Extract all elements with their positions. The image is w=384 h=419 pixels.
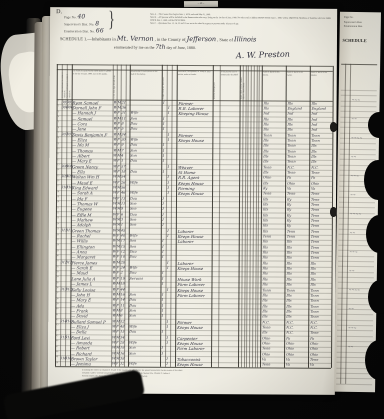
next-table-top-rule — [341, 64, 377, 66]
cell-occupation: Farmer — [178, 133, 193, 138]
line-number: 10 — [56, 148, 60, 150]
cell-birthplace: Ky — [263, 186, 268, 190]
cell-age: 11 — [120, 202, 125, 206]
line-number: 16 — [56, 180, 60, 182]
next-page-entry: ~~ — [349, 231, 355, 235]
cell-relationship: Son — [130, 116, 137, 120]
cell-birthplace: Ills — [263, 101, 269, 105]
line-number: 12 — [56, 159, 60, 161]
next-row-line — [341, 90, 377, 92]
next-page-entry: ~~ — [348, 307, 354, 311]
cell-birthplace: Ills — [262, 331, 268, 335]
cell-relationship: Son — [130, 148, 137, 152]
cell-father-birthplace: Ind — [287, 112, 293, 116]
cell-age: 30 — [121, 138, 126, 142]
cell-name: — James L — [71, 281, 92, 286]
cell-sex: F — [117, 180, 120, 184]
line-number: 38 — [55, 298, 59, 300]
next-row-line — [341, 95, 377, 97]
cell-single-mark: 1 — [161, 330, 164, 334]
cell-father-birthplace: Ky — [287, 224, 292, 228]
cell-age: 4 — [121, 154, 124, 158]
cell-age: 8 — [120, 308, 123, 312]
line-number: 13 — [56, 164, 60, 166]
cell-birthplace: Ills — [262, 293, 268, 297]
cell-birthplace: Ills — [262, 272, 268, 276]
census-table: Dwellings numbered in order of visitatio… — [50, 7, 337, 9]
line-number: 47 — [55, 346, 59, 348]
line-number: 37 — [55, 292, 59, 294]
cell-occupation: Farm Laborer — [177, 293, 205, 298]
cell-sex: F — [117, 121, 120, 125]
birthplace-header: Place of Birth of this person. — [263, 71, 285, 99]
next-row-line — [337, 319, 373, 321]
cell-sex: F — [116, 266, 119, 270]
cell-name: Ryan Samuel — [72, 100, 98, 105]
cell-relationship: Dau — [130, 170, 137, 174]
line-number: 28 — [56, 244, 60, 246]
cell-birthplace: Ills — [263, 197, 269, 201]
next-row-line — [339, 202, 375, 204]
census-scan: ~ 40 ~ D. Page No. 40 Supervisor's Dist.… — [0, 0, 384, 419]
cell-name: — Samuel — [72, 116, 92, 121]
next-row-line — [338, 255, 374, 257]
cell-mother-birthplace: Ind — [311, 123, 317, 127]
cell-age: 38 — [119, 356, 124, 360]
supervisor-value: 8 — [95, 20, 99, 27]
cell-father-birthplace: Ky — [287, 203, 292, 207]
day-handwritten: 7th — [155, 44, 165, 51]
cell-birthplace: Ills — [263, 219, 269, 223]
cell-occupation: Keeps House — [177, 266, 203, 271]
cell-mother-birthplace: Ind — [311, 117, 317, 121]
cell-father-birthplace: Tenn — [287, 160, 296, 164]
cell-birthplace: Ills — [263, 154, 269, 158]
cell-mother-birthplace: Ind — [311, 128, 317, 132]
note-c: Note C.—Questions Nos. 13, 14, 22 and 23… — [150, 23, 332, 27]
cell-age: 19 — [120, 276, 125, 280]
cell-birthplace: Ills — [263, 213, 269, 217]
cell-father-birthplace: Ills — [286, 293, 292, 297]
cell-name: — Sarah A — [72, 191, 93, 196]
line-number: 17 — [56, 186, 60, 188]
cell-mother-birthplace: Ills — [310, 272, 316, 276]
cell-age: 5 — [121, 127, 124, 131]
cell-married-mark: 1 — [166, 335, 169, 339]
line-number: 20 — [56, 202, 60, 204]
cell-mother-birthplace: Tenn — [310, 358, 319, 362]
cell-mother-birthplace: England — [311, 107, 326, 111]
next-row-line — [336, 383, 372, 385]
line-number: 50 — [55, 362, 59, 364]
cell-mother-birthplace: Ills — [310, 278, 316, 282]
cell-relationship: Dau — [129, 298, 136, 302]
cell-father-birthplace: Tenn — [287, 149, 296, 153]
next-row-line — [336, 378, 372, 380]
line-number: 3 — [57, 111, 61, 113]
cell-relationship: Wife — [129, 266, 137, 270]
cell-age: 3 — [120, 218, 123, 222]
township-handwritten: Mt. Vernon — [117, 35, 154, 43]
cell-single-mark: 1 — [162, 239, 165, 243]
cell-birthplace: Ind — [263, 112, 269, 116]
cell-age: 26 — [120, 180, 125, 184]
cell-relationship: Dau — [130, 212, 137, 216]
cell-mother-birthplace: Tenn — [310, 315, 319, 319]
line-number: 46 — [55, 340, 59, 342]
cell-father-birthplace: Ills — [287, 123, 293, 127]
cell-father-birthplace: Ills — [287, 128, 293, 132]
cell-married-mark: 1 — [167, 234, 170, 238]
cell-father-birthplace: N.C. — [287, 165, 295, 169]
cell-relationship: Wife — [130, 180, 138, 184]
cell-mother-birthplace: Ohio — [311, 181, 320, 185]
cell-age: 44 — [120, 287, 125, 291]
cell-birthplace: Ills — [262, 283, 268, 287]
cell-birthplace: Tenn — [263, 192, 272, 196]
cell-single-mark: 1 — [161, 271, 164, 275]
cell-relationship: Wife — [130, 138, 138, 142]
cell-married-mark: 1 — [167, 165, 170, 169]
next-row-line — [337, 341, 373, 343]
cell-single-mark: 1 — [161, 303, 164, 307]
cell-age: 1 — [120, 223, 123, 227]
cell-sex: F — [116, 330, 119, 334]
corner-mark: D. — [56, 9, 62, 15]
cell-sex: F — [116, 255, 119, 259]
cell-occupation: R.R. Agent — [177, 175, 199, 180]
cell-relationship: Son — [129, 244, 136, 248]
schedule-label: SCHEDULE 1.—Inhabitants in — [60, 36, 116, 41]
cell-single-mark: 1 — [162, 148, 165, 152]
cell-relationship: Dau — [129, 250, 136, 254]
cell-age: 24 — [120, 266, 125, 270]
cell-occupation: Carpenter — [176, 335, 197, 340]
cell-single-mark: 1 — [162, 170, 165, 174]
cell-father-birthplace: Ills — [286, 256, 292, 260]
cell-sex: F — [116, 287, 119, 291]
cell-father-birthplace: Ohio — [287, 181, 296, 185]
cell-age: 13 — [120, 196, 125, 200]
cell-birthplace: N.C. — [262, 320, 270, 324]
cell-name: — Eugene — [72, 207, 93, 212]
cell-age: 14 — [120, 298, 125, 302]
cell-relationship: Dau — [130, 196, 137, 200]
cell-single-mark: 1 — [162, 197, 165, 201]
next-page-entry: ~~ — [351, 155, 357, 159]
page-no-label: Page No. — [64, 15, 77, 19]
cell-single-mark: 1 — [161, 314, 164, 318]
cell-relationship: Dau — [130, 127, 137, 131]
cell-father-birthplace: Ills — [286, 315, 292, 319]
relationship-header: Relationship of each person to the head … — [130, 71, 161, 99]
next-row-line — [338, 277, 374, 279]
cell-father-birthplace: Ills — [286, 304, 292, 308]
cell-age: 18 — [120, 170, 125, 174]
cell-father-birthplace: Tenn — [287, 192, 296, 196]
cell-mother-birthplace: Tenn — [311, 203, 320, 207]
cell-mother-birthplace: Ills — [311, 155, 317, 159]
cell-married-mark: 1 — [167, 175, 170, 179]
cell-relationship: Son — [129, 314, 136, 318]
cell-single-mark: 1 — [162, 143, 165, 147]
cell-sex: F — [117, 138, 120, 142]
health-education-header: Blind. Deaf. Idiotic. Insane. School. Re… — [240, 71, 261, 99]
county-label: , in the County of — [155, 37, 186, 42]
line-number: 30 — [56, 255, 60, 257]
line-number: 5 — [56, 122, 60, 124]
cell-father-birthplace: Ills — [286, 261, 292, 265]
cell-birthplace: Ills — [262, 245, 268, 249]
cell-relationship: Dau — [130, 159, 137, 163]
cell-married-mark: 1 — [166, 287, 169, 291]
cell-age: 2 — [120, 271, 123, 275]
cell-mother-birthplace: Va — [310, 363, 315, 367]
cell-mother-birthplace: Tenn — [311, 192, 320, 196]
cell-single-mark: 1 — [161, 250, 164, 254]
cell-single-mark: 1 — [161, 255, 164, 259]
cell-single-mark: 1 — [162, 159, 165, 163]
cell-single-mark: 1 — [162, 223, 165, 227]
cell-mother-birthplace: Tenn — [310, 288, 319, 292]
cell-mother-birthplace: Ills — [310, 267, 316, 271]
cell-birthplace: Tenn — [262, 325, 271, 329]
line-number: 48 — [55, 351, 59, 353]
cell-mother-birthplace: Tenn — [310, 304, 319, 308]
top-page-sliver: ~ 40 ~ — [184, 1, 218, 7]
father-birthplace-header: Place of Birth of the Father. — [287, 72, 309, 100]
cell-single-mark: 1 — [161, 351, 164, 355]
cell-mother-birthplace: Ohio — [310, 347, 319, 351]
cell-birthplace: Ills — [262, 299, 268, 303]
cell-father-birthplace: Tenn — [286, 288, 295, 292]
cell-married-mark: 1 — [167, 106, 170, 110]
cell-birthplace: Tenn — [263, 235, 272, 239]
cell-birthplace: Ills — [263, 128, 269, 132]
next-row-line — [340, 159, 376, 161]
cell-sex: F — [117, 191, 120, 195]
form-notes: Note A.—The Census Year begins June 1, 1… — [150, 14, 332, 28]
cell-age: 46 — [120, 191, 125, 195]
cell-single-mark: 1 — [161, 282, 164, 286]
cell-mother-birthplace: Ohio — [310, 342, 319, 346]
cell-age: 12 — [120, 250, 125, 254]
line-number: 26 — [56, 234, 60, 236]
cell-occupation: Keeping House — [178, 111, 208, 116]
line-number: 21 — [56, 207, 60, 209]
name-header: The Name of each Person whose place of a… — [72, 70, 112, 98]
cell-name: — Ada — [71, 303, 84, 308]
cell-sex: F — [117, 143, 120, 147]
cell-mother-birthplace: N.C. — [311, 165, 319, 169]
cell-birthplace: Ills — [263, 224, 269, 228]
cell-mother-birthplace: Tenn — [310, 245, 319, 249]
cell-mother-birthplace: Tenn — [310, 256, 319, 260]
cell-mother-birthplace: Tenn — [310, 331, 319, 335]
cell-birthplace: Ills — [262, 277, 268, 281]
census-page: D. Page No. 40 Supervisor's Dist. No. 8 … — [48, 7, 337, 395]
cell-married-mark: 1 — [167, 138, 170, 142]
cell-father-birthplace: Ills — [287, 117, 293, 121]
cell-birthplace: Ills — [263, 106, 269, 110]
cell-relationship: Dau — [129, 303, 136, 307]
cell-mother-birthplace: Va — [311, 187, 316, 191]
line-number: 4 — [57, 116, 61, 118]
cell-mother-birthplace: Pa — [311, 176, 316, 180]
cell-name: — Willis — [71, 239, 88, 244]
next-census-page: Page No. Supervisor's Dist. Enumeration … — [334, 12, 381, 393]
cell-sex: F — [116, 250, 119, 254]
cell-father-birthplace: Ills — [286, 299, 292, 303]
cell-married-mark: 1 — [166, 341, 169, 345]
cell-birthplace: Ills — [262, 304, 268, 308]
cell-birthplace: Ills — [263, 149, 269, 153]
personal-description-header: Color. Sex. Age. Month born. — [113, 71, 129, 99]
cell-age: 6 — [120, 212, 123, 216]
cell-age: 34 — [121, 132, 126, 136]
cell-relationship: Son — [130, 223, 137, 227]
cell-name: — Della — [71, 329, 87, 334]
cell-mother-birthplace: Tenn — [311, 235, 320, 239]
cell-age: 48 — [120, 324, 125, 328]
cell-single-mark: 1 — [161, 293, 164, 297]
cell-relationship: Son — [130, 207, 137, 211]
cell-sex: F — [116, 276, 119, 280]
cell-mother-birthplace: Ills — [311, 149, 317, 153]
cell-father-birthplace: Ohio — [286, 341, 295, 345]
cell-mother-birthplace: Tenn — [311, 219, 320, 223]
cell-age: 28 — [120, 260, 125, 264]
next-row-line — [338, 261, 374, 263]
cell-age: 52 — [120, 319, 125, 323]
line-number: 43 — [55, 324, 59, 326]
cell-sex: F — [116, 324, 119, 328]
cell-occupation: Laborer — [177, 239, 193, 244]
cell-married-mark: 1 — [166, 325, 169, 329]
cell-name: Bullard Samuel P — [71, 319, 106, 324]
cell-sex: F — [117, 111, 120, 115]
cell-name: — Richard — [71, 351, 92, 356]
next-page-entry: ~~ — [349, 269, 355, 273]
cell-birthplace: Ills — [263, 208, 269, 212]
cell-single-mark: 1 — [161, 346, 164, 350]
cell-mother-birthplace: Tenn — [311, 133, 320, 137]
cell-mother-birthplace: Tenn — [310, 251, 319, 255]
cell-mother-birthplace: Ills — [311, 101, 317, 105]
cell-birthplace: Ills — [263, 122, 269, 126]
cell-name: — Maud — [71, 271, 88, 276]
cell-birthplace: Ills — [263, 160, 269, 164]
cell-married-mark: 1 — [166, 266, 169, 270]
state-label: , State of — [217, 37, 233, 42]
cell-sex: F — [116, 234, 119, 238]
cell-name: — Ida M — [72, 143, 89, 148]
cell-married-mark: 1 — [166, 362, 169, 366]
cell-mother-birthplace: Ind — [311, 112, 317, 116]
cell-sex: F — [117, 159, 120, 163]
line-number: 29 — [56, 250, 60, 252]
cell-relationship: Son — [129, 308, 136, 312]
cell-occupation: Farmer — [178, 101, 193, 106]
cell-age: 15 — [119, 330, 124, 334]
line-number: 33 — [56, 271, 60, 273]
next-page-entry: ~~ — [351, 117, 357, 121]
cell-single-mark: 1 — [162, 218, 165, 222]
cell-mother-birthplace: N.C. — [310, 320, 318, 324]
cell-sex: F — [116, 212, 119, 216]
cell-age: 57 — [120, 164, 125, 168]
line-number: 18 — [56, 191, 60, 193]
line-number: 15 — [56, 175, 60, 177]
cell-name: Kelly Louisa — [71, 287, 96, 292]
cell-birthplace: Tenn — [262, 363, 271, 367]
cell-relationship: Son — [130, 202, 137, 206]
cell-age: 16 — [119, 351, 124, 355]
next-row-line — [338, 266, 374, 268]
cell-father-birthplace: Tenn — [287, 229, 296, 233]
line-number: 44 — [55, 330, 59, 332]
cell-married-mark: 1 — [167, 191, 170, 195]
line-number: 27 — [56, 239, 60, 241]
cell-birthplace: Ills — [263, 202, 269, 206]
cell-father-birthplace: Ills — [286, 272, 292, 276]
line-number: 36 — [55, 287, 59, 289]
next-page-entry: ~~~ — [350, 174, 359, 178]
cell-birthplace: Ohio — [262, 336, 271, 340]
cell-father-birthplace: Ky — [287, 219, 292, 223]
cell-birthplace: Ills — [262, 261, 268, 265]
line-number: 45 — [55, 335, 59, 337]
cell-age: 31 — [121, 111, 126, 115]
schedule-title-line: SCHEDULE 1.—Inhabitants in Mt. Vernon , … — [60, 34, 332, 44]
cell-mother-birthplace: Pa — [310, 336, 315, 340]
cell-father-birthplace: Ky — [287, 208, 292, 212]
next-page-entry: ~~~~ — [350, 212, 361, 216]
cell-father-birthplace: Pa — [287, 176, 292, 180]
cell-relationship: Wife — [129, 362, 137, 366]
cell-single-mark: 1 — [161, 298, 164, 302]
cell-age: 54 — [120, 175, 125, 179]
family-number-header: Families numbered in order of visitation… — [67, 70, 72, 98]
cell-age: 56 — [120, 186, 125, 190]
cell-birthplace: Tenn — [262, 347, 271, 351]
line-number: 1 — [57, 100, 61, 102]
cell-age: 6 — [120, 314, 123, 318]
cell-single-mark: 1 — [162, 207, 165, 211]
cell-mother-birthplace: Ills — [311, 144, 317, 148]
cell-father-birthplace: Ky — [287, 213, 292, 217]
cell-mother-birthplace: Ills — [310, 283, 316, 287]
next-row-line — [337, 309, 373, 311]
cell-age: 19 — [119, 346, 124, 350]
cell-name: — Jemima — [71, 362, 91, 367]
cell-mother-birthplace: N.C. — [310, 326, 318, 330]
cell-birthplace: Ohio — [263, 176, 272, 180]
line-number: 39 — [55, 303, 59, 305]
cell-birthplace: Ills — [262, 309, 268, 313]
cell-relationship: Wife — [129, 324, 137, 328]
cell-sex: F — [116, 340, 119, 344]
next-row-line — [337, 330, 373, 332]
cell-single-mark: 1 — [161, 309, 164, 313]
cell-sex: F — [117, 164, 120, 168]
cell-father-birthplace: Ills — [286, 251, 292, 255]
cell-mother-birthplace: Tenn — [311, 213, 320, 217]
cell-single-mark: 1 — [162, 122, 165, 126]
cell-relationship: Dau — [129, 271, 136, 275]
cell-single-mark: 1 — [162, 116, 165, 120]
next-row-line — [338, 271, 374, 273]
